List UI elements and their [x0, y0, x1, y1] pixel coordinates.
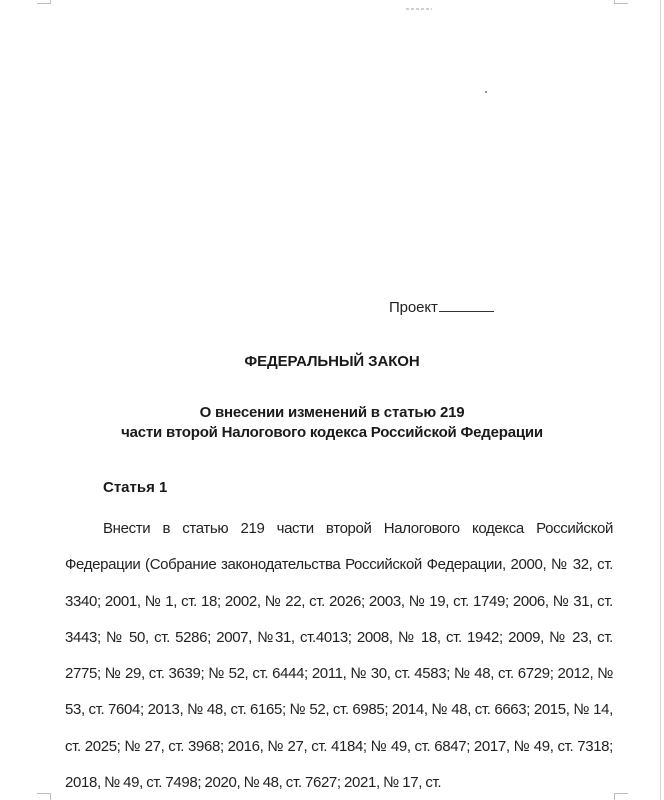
law-title: ФЕДЕРАЛЬНЫЙ ЗАКОН — [0, 353, 664, 370]
crop-mark-bottom-left — [37, 793, 51, 800]
document-page: Проект ФЕДЕРАЛЬНЫЙ ЗАКОН О внесении изме… — [0, 0, 664, 800]
bleed-through-text — [406, 8, 432, 10]
law-subject-line-2: части второй Налогового кодекса Российск… — [0, 423, 664, 443]
law-subject-line-1: О внесении изменений в статью 219 — [0, 403, 664, 423]
article-heading: Статья 1 — [103, 479, 167, 496]
speck — [485, 91, 487, 93]
page-edge-divider — [660, 0, 661, 800]
law-subject: О внесении изменений в статью 219 части … — [0, 403, 664, 443]
project-label-text: Проект — [389, 299, 438, 316]
project-label: Проект — [389, 299, 494, 316]
project-number-blank — [439, 299, 494, 312]
crop-mark-top-left — [37, 0, 51, 4]
article-body-text: Внести в статью 219 части второй Налогов… — [65, 511, 613, 800]
crop-mark-bottom-right — [614, 793, 628, 800]
crop-mark-top-right — [614, 0, 628, 4]
